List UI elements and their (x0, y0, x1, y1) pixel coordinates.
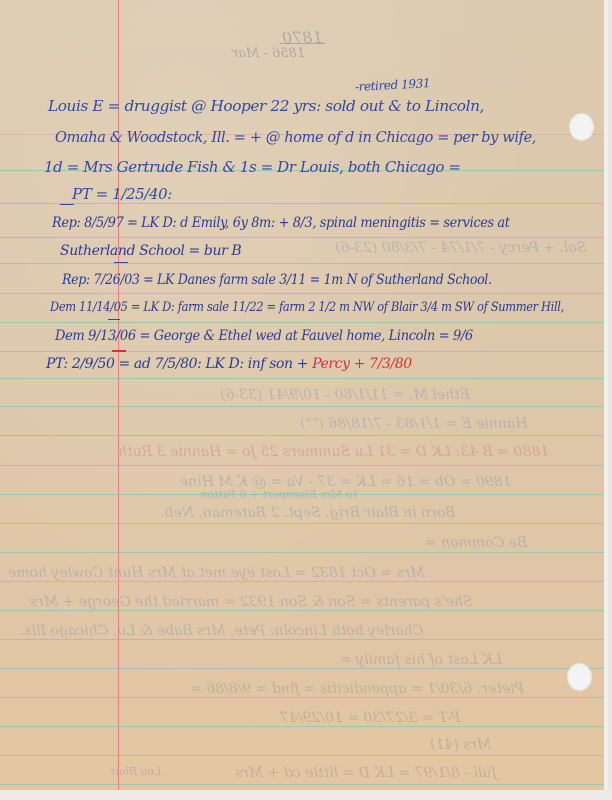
bleed-through-text: Be Common = (425, 535, 527, 551)
note-line-6: Sutherland School = bur B (60, 243, 241, 259)
ruled-line (0, 465, 608, 466)
ruled-line (0, 523, 608, 524)
bleed-through-text: Born in Blair Brig. Sept. 2 Bateman, Neb… (160, 505, 456, 521)
ruled-line (0, 351, 608, 352)
bleed-through-text: Lou Blair (110, 765, 161, 778)
bleed-through-text: Juli - 8/1/97 = LK D = little cd + Mrs (235, 765, 497, 781)
note-line-7: Rep: 7/26/03 = LK Danes farm sale 3/11 =… (62, 272, 492, 288)
red-underline-mark (112, 350, 126, 352)
hole-punch-top (569, 113, 594, 141)
retired-annotation: -retired 1931 (355, 76, 431, 94)
ruled-line (0, 581, 608, 582)
bleed-through-text: LK Last of his family = (340, 652, 502, 668)
bleed-through-text: Ethel M. = 11/1/80 - 10/9/41 (33-6) (220, 387, 470, 403)
bleed-through-text: Hannie E = 1/1/83 - 7/18/86 ("") (300, 416, 528, 432)
note-line-10-red-suffix: Percy + 7/3/80 (312, 356, 412, 372)
header-divider (280, 43, 325, 44)
scanned-paper-sheet: 1870 1856 - Mar Sol. + Percy - 7/1/74 - … (0, 0, 608, 790)
note-line-10-text: PT: 2/9/50 = ad 7/5/80: LK D: inf son + (46, 356, 308, 372)
scan-edge-right (604, 0, 608, 790)
ruled-line (0, 755, 608, 756)
ruled-line (0, 263, 608, 264)
header-subline: 1856 - Mar (232, 46, 305, 61)
note-line-2: Omaha & Woodstock, Ill. = + @ home of d … (55, 128, 536, 146)
note-line-5: Rep: 8/5/97 = LK D: d Emily, 6y 8m: + 8/… (52, 215, 510, 231)
ruled-line (0, 203, 608, 204)
hole-punch-bottom (567, 663, 592, 691)
header-year: 1870 (282, 28, 323, 47)
bleed-through-text: to Mrs Eisenport + 6 Patton (200, 488, 357, 501)
underline-mark (114, 262, 128, 263)
bleed-through-text: Charley both Lincoln: Pete, Mrs Babe & L… (20, 623, 423, 639)
ruled-line (0, 435, 608, 436)
note-line-9: Dem 9/13/06 = George & Ethel wed at Fauv… (55, 328, 473, 344)
ruled-line (0, 406, 608, 407)
ruled-line (0, 668, 608, 669)
ruled-line (0, 378, 608, 379)
note-line-4: PT = 1/25/40: (72, 185, 172, 203)
ruled-line (0, 293, 608, 294)
underline-mark (108, 319, 120, 320)
bleed-through-text: P-T = 3/27/30 = 10/29/47 (280, 710, 460, 726)
bleed-through-text: 1880 = B 43: LK D = 31 Lu Summers 25 Jo … (118, 444, 549, 460)
underline-mark (60, 204, 74, 205)
ruled-line (0, 322, 608, 323)
ruled-line (0, 784, 608, 785)
ruled-line (0, 639, 608, 640)
bleed-through-text: Sol. + Percy - 7/1/74 - 7/3/80 (23-6) (335, 240, 586, 256)
scan-edge-bottom (0, 790, 612, 800)
note-line-3: 1d = Mrs Gertrude Fish & 1s = Dr Louis, … (44, 158, 461, 176)
note-line-10: PT: 2/9/50 = ad 7/5/80: LK D: inf son + … (46, 356, 412, 372)
note-line-1: Louis E = druggist @ Hooper 22 yrs: sold… (48, 97, 484, 115)
bleed-through-text: Mrs = Oct 1832 = Lost eye met at Mrs Hun… (8, 565, 425, 581)
ruled-line (0, 697, 608, 698)
note-line-8: Dem 11/14/05 = LK D: farm sale 11/22 = f… (50, 300, 564, 315)
bleed-through-text: Mrs (41) (430, 737, 491, 753)
ruled-line (0, 552, 608, 553)
ruled-line (0, 610, 608, 611)
margin-line (118, 0, 119, 790)
bleed-through-text: She's parents = Son & Son 1932 = married… (30, 594, 473, 610)
bleed-through-text: Pieter: 6/30/1 = appendicitis = find = 9… (190, 681, 524, 697)
ruled-line (0, 237, 608, 238)
ruled-line (0, 726, 608, 727)
